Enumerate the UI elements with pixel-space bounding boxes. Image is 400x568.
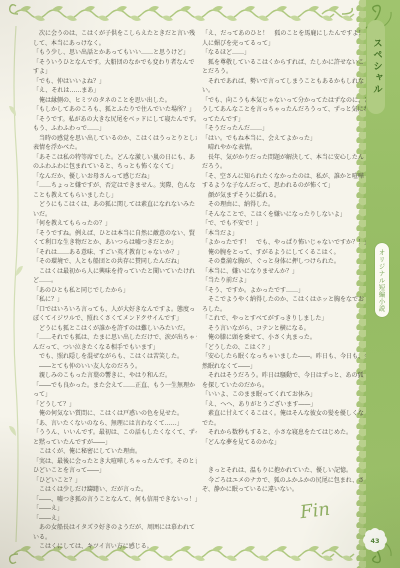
text-line: のふわふわに包まれていると、ちっとも怖くなくて」 bbox=[33, 162, 197, 172]
text-line: 「え、だってあのひと！ 狐のことを馬鹿にしたんですよ！ bbox=[202, 29, 366, 39]
text-line: 「――でも良かった。また会えて……正直、もう一生無理か bbox=[33, 381, 197, 391]
text-line: 「そういうひとなんです。大船団のなかでも変わり者なんで bbox=[33, 58, 197, 68]
text-line: 狐を尊敬しているこはくからすれば、たしかに許せないこ bbox=[202, 58, 366, 68]
text-line: 「そう、ですか。よかったです……」 bbox=[202, 286, 366, 296]
text-line: 「あのひとも私と同じでしたから」 bbox=[33, 286, 197, 296]
text-line: すよ」 bbox=[33, 67, 197, 77]
text-line: こはくは少しだけ躊躇い、だが言った。 bbox=[33, 485, 197, 495]
text-line: 「いいよ、このまま眠ってくれてお休み」 bbox=[202, 390, 366, 400]
text-line bbox=[202, 457, 366, 467]
page-number: 43 bbox=[363, 537, 387, 545]
text-line: 顔が気まずそうに揺れる。 bbox=[202, 191, 366, 201]
vine-border-top-icon bbox=[4, 3, 356, 25]
text-line: 「その環境で、人とも船団との共存に賛同したんだね」 bbox=[33, 257, 197, 267]
text-line: とだろう。 bbox=[202, 67, 366, 77]
text-line: 「そうですね。例えば、ひとは本当に自然に敵意のない、賢 bbox=[33, 229, 197, 239]
text-line: 「ううん、いいんです。最初は、この話もしたくなくて、ずっ bbox=[33, 428, 197, 438]
story-column-left: 次に会うのは、こはくが子供をこしらえたときだと言い残して、本当にあっけなく。「も… bbox=[33, 29, 197, 552]
text-line: して、本当にあっけなく。 bbox=[33, 39, 197, 49]
text-line: 俺の何気ない質問に、こはくは戸惑いの色を見せた。 bbox=[33, 409, 197, 419]
text-line: ことも教えてもらいましたし」 bbox=[33, 191, 197, 201]
text-line: ひどいことを言って――」 bbox=[33, 466, 197, 476]
text-line: 表情を浮かべた。 bbox=[33, 143, 197, 153]
text-line: ってたんです」 bbox=[202, 115, 366, 125]
text-line: 「はい。でもね本当に、会えてよかった」 bbox=[202, 134, 366, 144]
text-line: 「もしかしてあのころも、狐とふたりで住んでいた場所？」 bbox=[33, 105, 197, 115]
text-line: その理由に、納得した。 bbox=[202, 200, 366, 210]
side-tab-original-short-story: オリジナル短編小説 bbox=[375, 243, 389, 317]
text-line: ろした。 bbox=[202, 305, 366, 315]
text-line: って」 bbox=[33, 390, 197, 400]
text-line: 「……それでも狐は、たまに思い出しただけで、涙が出ちゃう bbox=[33, 333, 197, 343]
text-line: 長年、気がかりだった問題が解決して、本当に安心したん bbox=[202, 153, 366, 163]
text-line: うしてあんなことを言っちゃったんだろうって、ずっと気にな bbox=[202, 105, 366, 115]
text-line: 晴れやかな表情。 bbox=[202, 143, 366, 153]
text-line: 「本当だよ」 bbox=[202, 229, 366, 239]
text-line: どうにもこはくは、あの狐に関しては素直になれないみた bbox=[33, 200, 197, 210]
text-line: いだ。 bbox=[33, 210, 197, 220]
text-line: 「え、それは……まあ」 bbox=[33, 86, 197, 96]
text-line: 「私に？」 bbox=[33, 295, 197, 305]
text-line: どうにも狐とこはくが誰かを許すのは難しいみたいだ。 bbox=[33, 324, 197, 334]
text-line: ぞ、静かに眠っているに違いない。 bbox=[202, 485, 366, 495]
text-line: 「これで、やっとすべてがすっきりしました」 bbox=[202, 314, 366, 324]
text-line: それから数秒もすると、小さな寝息をたてはじめた。 bbox=[202, 428, 366, 438]
text-line: くて利口な生き物だとか、あいつらは嘘つきだとか」 bbox=[33, 238, 197, 248]
text-line: ぽくてイジワルで、照れくさくてメンドクサイんです」 bbox=[33, 314, 197, 324]
text-line: 人に媚びを売ってるって」 bbox=[202, 39, 366, 49]
text-line: 当時の感覚を思い出しているのか、こはくはうっとりとした bbox=[33, 134, 197, 144]
text-line: それであれば、勢いで言ってしまうこともあるかもしれな bbox=[202, 77, 366, 87]
text-line: でた。 bbox=[202, 419, 366, 429]
text-line: 「そうです。私があの大きな尻尾をベッドにして寝たんです。 bbox=[33, 115, 197, 125]
text-line: 「え、へへ、ありがとうございます――」 bbox=[202, 400, 366, 410]
text-line: 「口ではいろいろ言っても、人が大好きなんですよ。態度っ bbox=[33, 305, 197, 315]
text-line: 俺の膝に頭を乗せて、小さく丸まった。 bbox=[202, 333, 366, 343]
text-line: 「どうしたの、こはく？」 bbox=[202, 343, 366, 353]
text-line: 「どんな夢を見てるのかな」 bbox=[202, 438, 366, 448]
book-page: スペシャル オリジナル短編小説 次に会うのは、こはくが子供をこしらえたときだと言… bbox=[0, 0, 400, 568]
text-line: 俺は縁側の、ヒミツのタネのことを思い出した。 bbox=[33, 96, 197, 106]
section-tab-label: スペシャル bbox=[369, 38, 383, 96]
vine-border-left-icon bbox=[8, 26, 24, 542]
text-line: 「――え」 bbox=[33, 514, 197, 524]
text-line: だろう。 bbox=[202, 162, 366, 172]
side-tab-label: オリジナル短編小説 bbox=[378, 249, 387, 312]
text-line: 「そんなことで、こはくを嫌いになったりしないよ」 bbox=[202, 210, 366, 220]
text-line: 「それは……ある意味、すごい英才教育じゃないか？」 bbox=[33, 248, 197, 258]
text-line: こはくにしては、キツイ言い方に感じる。 bbox=[33, 542, 197, 552]
text-line: きっとそれは、温もりに抱かれていた、優しい記憶。 bbox=[202, 466, 366, 476]
story-column-right: 「え、だってあのひと！ 狐のことを馬鹿にしたんですよ！人に媚びを売ってるって」「… bbox=[202, 29, 366, 495]
text-line: 「そうだったんだ……」 bbox=[202, 124, 366, 134]
text-line: 「でも、仲はいいよね？」 bbox=[33, 77, 197, 87]
text-line: 「あそこは私の特等席でした。どんな激しい嵐の日にも、あ bbox=[33, 153, 197, 163]
text-line: するような子なんだって、思われるのが怖くて」 bbox=[202, 181, 366, 191]
text-line: こはくが、俺に秘密にしていた理由。 bbox=[33, 447, 197, 457]
text-line: 「よかったです！ でも、やっぱり怖いじゃないですか？！」 bbox=[202, 238, 366, 248]
page-number-ornament: 43 bbox=[363, 528, 387, 552]
text-line: 「あ、言いたくないのなら、無理には言わなくて……」 bbox=[33, 419, 197, 429]
text-line: 素直に甘えてくるこはく。俺はそんな彼女の髪を優しくな bbox=[202, 409, 366, 419]
text-line: 俺の腕をとって、すがるようにしてくるこはく。 bbox=[202, 248, 366, 258]
text-line: 「――え」 bbox=[33, 504, 197, 514]
text-line: 「でも、向こうも本気じゃないって分かってたはずなのに、ど bbox=[202, 96, 366, 106]
text-line: それはそうだろう。昨日は騒動で、今日はずっと、あの狐 bbox=[202, 371, 366, 381]
text-line: 「で、でも不安で！」 bbox=[202, 219, 366, 229]
text-line: 「実は、最後に会ったとき大喧嘩しちゃったんです。そのとき、 bbox=[33, 457, 197, 467]
text-line: 「もう少し、思い出話とかあってもいい……と思うけど」 bbox=[33, 48, 197, 58]
text-line: ――とても仲のいい友人なのだろう。 bbox=[33, 362, 197, 372]
text-line: 今ごろはユメのナカで、狐のふかふかの尻尾に包まれ、さ bbox=[202, 476, 366, 486]
text-line: 「安心したら眠くなっちゃいました――。昨日も、今日も、全 bbox=[202, 352, 366, 362]
text-line: と黙っていたんですが――」 bbox=[33, 438, 197, 448]
text-line: ど……。 bbox=[33, 276, 197, 286]
text-line: あの女船長はイタズラ好きのようだが、周囲には慕われて bbox=[33, 523, 197, 533]
text-line: を探していたのだから。 bbox=[202, 381, 366, 391]
text-line: 「ひどいこと？」 bbox=[33, 476, 197, 486]
text-line: そこでようやく納得したのか、こはくはホッと胸をなでお bbox=[202, 295, 366, 305]
text-line: い。 bbox=[202, 86, 366, 96]
text-line: んだって、つい泣きたくなる相手でもいます」 bbox=[33, 343, 197, 353]
text-line: こはくは最初から人に興味を持っていたと聞いていたけれ bbox=[33, 267, 197, 277]
text-line: 「なんだか、優しいお母さんって感じだね」 bbox=[33, 172, 197, 182]
text-line: 「当たり前だよ」 bbox=[202, 276, 366, 286]
text-line: 親しみのこもった言葉の響きに、やはり和んだ。 bbox=[33, 371, 197, 381]
text-line: 「……ちょっと嫌ですが、否定はできません。実際、色んな bbox=[33, 181, 197, 191]
text-line: 「何を教えてもらったの？」 bbox=[33, 219, 197, 229]
text-line: もう、ふわふわっで……」 bbox=[33, 124, 197, 134]
text-line: 「――、嘘つき狐の言うことなんて、何も信用できないっ！」 bbox=[33, 495, 197, 505]
text-line: いる。 bbox=[33, 533, 197, 543]
text-line: 「本当に、嫌いになりませんか？」 bbox=[202, 267, 366, 277]
text-line bbox=[202, 447, 366, 457]
text-line: 「どうして？」 bbox=[33, 400, 197, 410]
text-line: その豊満な胸が、ぐっと身体に押しつけられた。 bbox=[202, 257, 366, 267]
text-line: 「そ、空さんに知られたくなかったのは、私が、誰かと喧嘩 bbox=[202, 172, 366, 182]
text-line: 然眠れなくて――」 bbox=[202, 362, 366, 372]
text-line: そう言いながら、コテンと横になる。 bbox=[202, 324, 366, 334]
text-line: でも、照れ隠しを混ぜながらも、こはくは苦笑した。 bbox=[33, 352, 197, 362]
section-tab-special: スペシャル bbox=[367, 20, 385, 114]
text-line: 「なるほど……」 bbox=[202, 48, 366, 58]
text-line: 次に会うのは、こはくが子供をこしらえたときだと言い残 bbox=[33, 29, 197, 39]
